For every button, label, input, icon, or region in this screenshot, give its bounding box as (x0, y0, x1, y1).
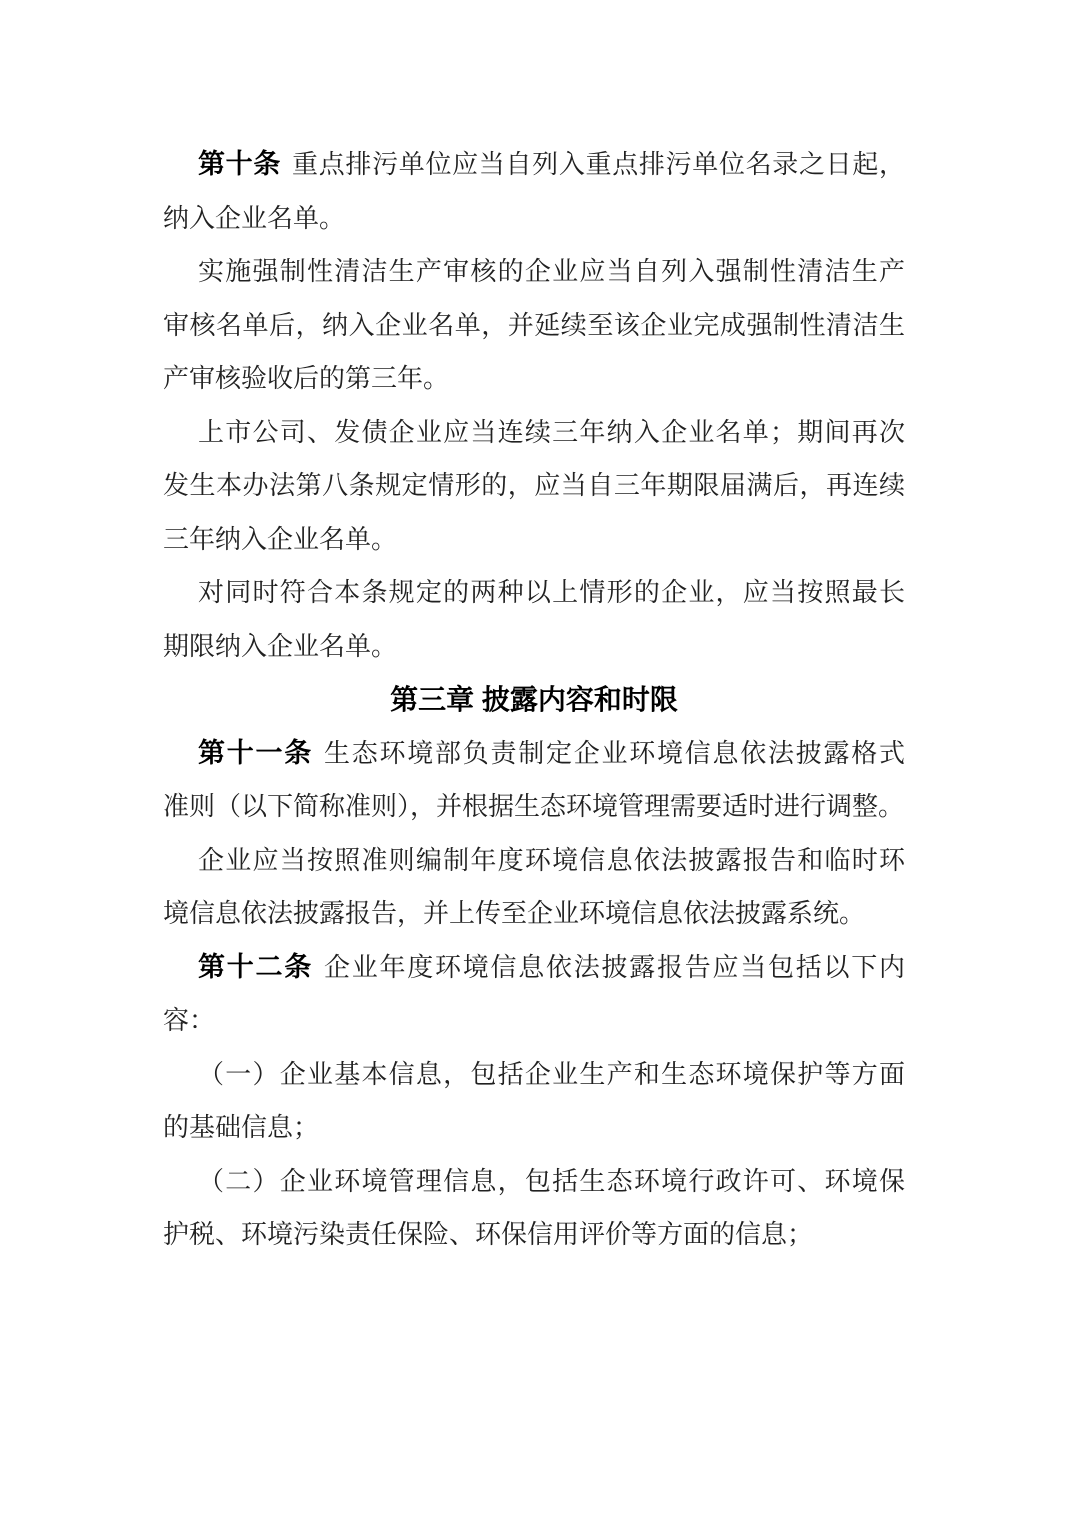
line-content: 纳入企业名单。 (163, 192, 345, 246)
text-line: 审核名单后，纳入企业名单，并延续至该企业完成强制性清洁生 (163, 299, 905, 353)
text-line: 期限纳入企业名单。 (163, 620, 905, 674)
line-content: 护税、环境污染责任保险、环保信用评价等方面的信息； (163, 1208, 813, 1262)
text-line: 发生本办法第八条规定情形的，应当自三年期限届满后，再连续 (163, 459, 905, 513)
line-text: 的基础信息； (163, 1113, 319, 1142)
text-line: （二）企业环境管理信息，包括生态环境行政许可、环境保 (163, 1155, 905, 1209)
line-text: 重点排污单位应当自列入重点排污单位名录之日起， (292, 150, 906, 179)
text-line: 护税、环境污染责任保险、环保信用评价等方面的信息； (163, 1208, 905, 1262)
line-content: 上市公司、发债企业应当连续三年纳入企业名单；期间再次 (198, 406, 906, 460)
text-line: 上市公司、发债企业应当连续三年纳入企业名单；期间再次 (163, 406, 905, 460)
line-text: 期限纳入企业名单。 (163, 632, 397, 661)
text-line: 对同时符合本条规定的两种以上情形的企业，应当按照最长 (163, 566, 905, 620)
line-content: 境信息依法披露报告，并上传至企业环境信息依法披露系统。 (163, 887, 865, 941)
line-text: 纳入企业名单。 (163, 204, 345, 233)
line-text: 生态环境部负责制定企业环境信息依法披露格式 (324, 739, 907, 768)
document-page: 第十条重点排污单位应当自列入重点排污单位名录之日起，纳入企业名单。实施强制性清洁… (0, 0, 1074, 1520)
line-text: 对同时符合本条规定的两种以上情形的企业，应当按照最长 (198, 578, 906, 607)
text-line: 准则（以下简称准则），并根据生态环境管理需要适时进行调整。 (163, 780, 905, 834)
chapter-heading: 第三章 披露内容和时限 (163, 673, 905, 727)
article-number-label: 第十二条 (198, 952, 313, 982)
line-content: 期限纳入企业名单。 (163, 620, 397, 674)
text-line: （一）企业基本信息，包括企业生产和生态环境保护等方面 (163, 1048, 905, 1102)
line-content: 第十一条生态环境部负责制定企业环境信息依法披露格式 (198, 727, 907, 781)
line-text: 境信息依法披露报告，并上传至企业环境信息依法披露系统。 (163, 899, 865, 928)
line-content: 的基础信息； (163, 1101, 319, 1155)
text-line: 企业应当按照准则编制年度环境信息依法披露报告和临时环 (163, 834, 905, 888)
line-content: 容： (163, 994, 215, 1048)
text-line: 的基础信息； (163, 1101, 905, 1155)
article-first-line: 第十二条企业年度环境信息依法披露报告应当包括以下内 (163, 941, 905, 995)
article-number-label: 第十条 (198, 149, 281, 179)
text-line: 实施强制性清洁生产审核的企业应当自列入强制性清洁生产 (163, 245, 905, 299)
text-line: 容： (163, 994, 905, 1048)
line-content: 第十二条企业年度环境信息依法披露报告应当包括以下内 (198, 941, 907, 995)
line-content: 企业应当按照准则编制年度环境信息依法披露报告和临时环 (198, 834, 906, 888)
line-text: 上市公司、发债企业应当连续三年纳入企业名单；期间再次 (198, 418, 906, 447)
line-content: 三年纳入企业名单。 (163, 513, 397, 567)
line-text: 准则（以下简称准则），并根据生态环境管理需要适时进行调整。 (163, 792, 904, 821)
line-text: （二）企业环境管理信息，包括生态环境行政许可、环境保 (198, 1167, 906, 1196)
line-content: 产审核验收后的第三年。 (163, 352, 449, 406)
line-content: 实施强制性清洁生产审核的企业应当自列入强制性清洁生产 (198, 245, 906, 299)
article-number-label: 第十一条 (198, 738, 313, 768)
line-content: 审核名单后，纳入企业名单，并延续至该企业完成强制性清洁生 (163, 299, 906, 353)
document-text-block: 第十条重点排污单位应当自列入重点排污单位名录之日起，纳入企业名单。实施强制性清洁… (163, 138, 905, 1262)
line-text: （一）企业基本信息，包括企业生产和生态环境保护等方面 (198, 1060, 906, 1089)
line-content: （一）企业基本信息，包括企业生产和生态环境保护等方面 (198, 1048, 906, 1102)
article-first-line: 第十一条生态环境部负责制定企业环境信息依法披露格式 (163, 727, 905, 781)
line-text: 三年纳入企业名单。 (163, 525, 397, 554)
text-line: 纳入企业名单。 (163, 192, 905, 246)
text-line: 产审核验收后的第三年。 (163, 352, 905, 406)
line-content: 对同时符合本条规定的两种以上情形的企业，应当按照最长 (198, 566, 906, 620)
line-content: 第十条重点排污单位应当自列入重点排污单位名录之日起， (198, 138, 906, 192)
line-text: 护税、环境污染责任保险、环保信用评价等方面的信息； (163, 1220, 813, 1249)
line-text: 实施强制性清洁生产审核的企业应当自列入强制性清洁生产 (198, 257, 906, 286)
line-text: 产审核验收后的第三年。 (163, 364, 449, 393)
article-first-line: 第十条重点排污单位应当自列入重点排污单位名录之日起， (163, 138, 905, 192)
text-line: 境信息依法披露报告，并上传至企业环境信息依法披露系统。 (163, 887, 905, 941)
line-content: （二）企业环境管理信息，包括生态环境行政许可、环境保 (198, 1155, 906, 1209)
line-text: 企业年度环境信息依法披露报告应当包括以下内 (324, 953, 907, 982)
line-text: 审核名单后，纳入企业名单，并延续至该企业完成强制性清洁生 (163, 311, 906, 340)
text-line: 三年纳入企业名单。 (163, 513, 905, 567)
line-text: 发生本办法第八条规定情形的，应当自三年期限届满后，再连续 (163, 471, 906, 500)
line-content: 准则（以下简称准则），并根据生态环境管理需要适时进行调整。 (163, 780, 904, 834)
line-content: 发生本办法第八条规定情形的，应当自三年期限届满后，再连续 (163, 459, 906, 513)
line-text: 企业应当按照准则编制年度环境信息依法披露报告和临时环 (198, 846, 906, 875)
line-text: 容： (163, 1006, 215, 1035)
